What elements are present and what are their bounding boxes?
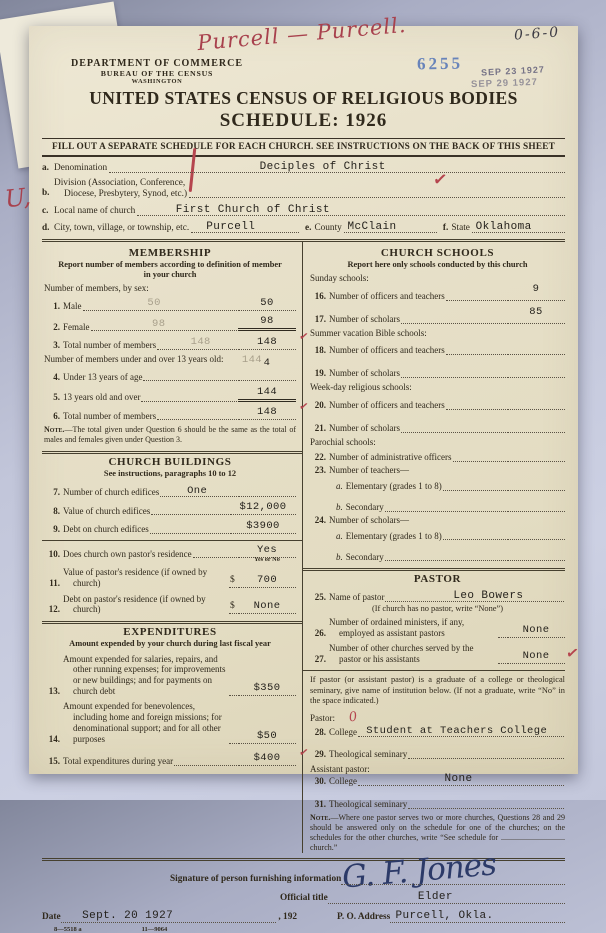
q18-answer (507, 342, 565, 355)
q15-answer: $400✓ (238, 753, 296, 766)
q19-number: 19. (310, 368, 329, 379)
q4-answer: 4 (238, 368, 296, 381)
q26-answer: None (507, 625, 565, 638)
q24b-label: Secondary (346, 552, 384, 563)
date-stamp-sep-23: SEP 23 1927 (481, 64, 545, 77)
q4-under13-row: 4. Under 13 years of age 4 (44, 368, 296, 382)
sunday-schools-group: Sunday schools: (310, 273, 565, 283)
q21-number: 21. (310, 423, 329, 434)
q25-value: Leo Bowers (453, 590, 523, 603)
q21-label: Number of scholars (329, 423, 400, 434)
q9-debt-row: 9. Debt on church edifices $3900 (44, 521, 296, 535)
membership-subheading: Report number of members according to de… (58, 260, 283, 280)
agency-block: DEPARTMENT OF COMMERCE BUREAU OF THE CEN… (42, 58, 272, 86)
q30-number: 30. (310, 776, 329, 787)
dotted-leader (143, 369, 237, 381)
q27-number: 27. (310, 654, 329, 665)
letter-c: c. (42, 206, 54, 217)
section-divider (42, 621, 302, 624)
county-label: County (314, 223, 343, 234)
q26-number: 26. (310, 628, 329, 639)
pastor-label-line: Pastor:0 (310, 710, 565, 725)
right-column: CHURCH SCHOOLS Report here only schools … (302, 242, 565, 800)
q15-number: 15. (44, 756, 63, 767)
q19-row: 19. Number of scholars (310, 365, 565, 379)
q20-label: Number of officers and teachers (329, 400, 445, 411)
q9-answer: $3900 (230, 521, 296, 534)
q10-residence-row: 10. Does church own pastor's residence Y… (44, 545, 296, 559)
q24a-letter: a. (336, 531, 346, 542)
dotted-line: Oklahoma (472, 220, 565, 233)
church-schools-subheading: Report here only schools conducted by th… (310, 260, 565, 270)
q6-label: Total number of members (63, 411, 156, 422)
form-title: UNITED STATES CENSUS OF RELIGIOUS BODIES (42, 88, 565, 109)
q2-label: Female (63, 322, 90, 333)
q11-label: Value of pastor's residence (if owned by… (63, 567, 228, 589)
dotted-leader (443, 479, 506, 491)
letter-f: f. (437, 223, 451, 234)
q8-number: 8. (44, 506, 63, 517)
q19-answer (507, 365, 565, 378)
q27-answer: None✓ (507, 651, 565, 664)
dotted-line: Purcell (191, 220, 299, 233)
q14-answer: $50 (238, 731, 296, 744)
denomination-label: Denomination (54, 163, 109, 174)
q7-answer (238, 484, 296, 497)
church-schools-heading: CHURCH SCHOOLS (310, 247, 565, 259)
q8-answer: $12,000 (230, 502, 296, 515)
q23-label: Number of teachers— (329, 465, 409, 476)
q1-ghost-value: 50 (147, 297, 160, 310)
q21-answer (507, 420, 565, 433)
church-buildings-subheading: See instructions, paragraphs 10 to 12 (44, 469, 296, 479)
city-value: Purcell (206, 221, 255, 234)
q24b-row: b. Secondary (310, 548, 565, 562)
field-denomination: a. Denomination Deciples of Christ (42, 160, 565, 174)
q2-number: 2. (44, 322, 63, 333)
group2-ghost-value: 144 (242, 354, 262, 366)
section-divider (303, 568, 565, 571)
q10-number: 10. (44, 549, 63, 560)
dotted-line: McClain (344, 220, 437, 233)
q23a-row: a. Elementary (grades 1 to 8) (310, 478, 565, 492)
dotted-leader (408, 747, 564, 759)
dotted-leader (193, 546, 237, 558)
q23a-label: Elementary (grades 1 to 8) (346, 481, 442, 492)
q24a-label: Elementary (grades 1 to 8) (346, 531, 442, 542)
field-city-county-state: d. City, town, village, or township, etc… (42, 220, 565, 234)
q5-over13-row: 5. 13 years old and over 144 (44, 387, 296, 403)
q13-number: 13. (44, 686, 63, 697)
q10-answer: YesYes or No (238, 545, 296, 558)
dotted-leader (446, 398, 506, 410)
q14-number: 14. (44, 734, 63, 745)
dotted-line: Deciples of Christ (109, 160, 565, 173)
expenditures-subheading: Amount expended by your church during la… (44, 639, 296, 649)
state-label: State (451, 223, 472, 234)
q18-row: 18. Number of officers and teachers (310, 342, 565, 356)
dotted-leader: Student at Teachers College (358, 725, 564, 737)
graduate-note: If pastor (or assistant pastor) is a gra… (310, 675, 565, 707)
letter-a: a. (42, 163, 54, 174)
q28-value: Student at Teachers College (366, 725, 547, 738)
q30-value: None (445, 773, 473, 786)
q14-label: Amount expended for benevolences, includ… (63, 701, 228, 744)
dotted-leader: 50 (83, 299, 238, 311)
q25-number: 25. (310, 592, 329, 603)
dotted-leader (229, 684, 237, 696)
sub-divider (303, 670, 565, 671)
bible-schools-group: Summer vacation Bible schools: (310, 328, 565, 338)
instruction-banner: FILL OUT A SEPARATE SCHEDULE FOR EACH CH… (42, 138, 565, 157)
q25-note: (If church has no pastor, write “None”) (310, 604, 565, 613)
q28-label: College (329, 727, 357, 738)
county-value: McClain (348, 221, 397, 234)
q23a-answer (507, 478, 565, 491)
dotted-leader (443, 528, 506, 540)
expenditures-heading: EXPENDITURES (44, 626, 296, 638)
q12-residence-debt-row: 12. Debt on pastor's residence (if owned… (44, 594, 296, 616)
q17-number: 17. (310, 314, 329, 325)
q16-answer: 9 (507, 288, 565, 301)
dotted-leader (151, 503, 229, 515)
red-zero-mark: 0 (348, 709, 358, 725)
q25-row: 25. Name of pastor Leo Bowers (310, 590, 565, 603)
q3-ghost-value: 148 (191, 336, 211, 349)
church-buildings-heading: CHURCH BUILDINGS (44, 456, 296, 468)
q14-benevolences-row: 14. Amount expended for benevolences, in… (44, 701, 296, 744)
form-subtitle: SCHEDULE: 1926 (42, 110, 565, 132)
red-margin-mark: U, (4, 183, 32, 214)
q2-ghost-value: 98 (152, 318, 165, 331)
membership-group1: Number of members, by sex: (44, 283, 296, 293)
q23b-row: b. Secondary (310, 499, 565, 513)
q11-residence-value-row: 11. Value of pastor's residence (if owne… (44, 567, 296, 589)
q13-expenses-row: 13. Amount expended for salaries, repair… (44, 654, 296, 697)
q15-label: Total expenditures during year (63, 756, 173, 767)
dotted-line: First Church of Christ (137, 203, 565, 216)
q3-answer: 148✓ (238, 337, 296, 350)
q24a-row: a. Elementary (grades 1 to 8) (310, 527, 565, 541)
q12-number: 12. (44, 604, 63, 615)
q29-label: Theological seminary (329, 749, 407, 760)
handwritten-code: 0-6-0 (513, 24, 560, 43)
dotted-leader (408, 797, 564, 800)
q4-number: 4. (44, 372, 63, 383)
q23b-letter: b. (336, 502, 346, 513)
state-value: Oklahoma (476, 221, 532, 234)
q24b-letter: b. (336, 552, 346, 563)
q24a-answer (507, 527, 565, 540)
q12-answer: $None (238, 601, 296, 614)
q20-row: 20. Number of officers and teachers (310, 397, 565, 411)
dotted-leader (385, 549, 506, 561)
q9-label: Debt on church edifices (63, 524, 149, 535)
q20-number: 20. (310, 400, 329, 411)
q20-answer (507, 397, 565, 410)
dotted-leader (385, 500, 506, 512)
dotted-leader (446, 289, 506, 301)
dotted-leader (141, 390, 237, 402)
dotted-line (189, 185, 565, 198)
q5-answer: 144 (238, 387, 296, 402)
letter-e: e. (299, 223, 314, 234)
note-text: —The total given under Question 6 should… (44, 425, 296, 444)
department-line: DEPARTMENT OF COMMERCE (42, 58, 272, 70)
dotted-leader (401, 366, 506, 378)
q27-row: 27. Number of other churches served by t… (310, 643, 565, 665)
city-label: City, town, village, or township, etc. (54, 223, 191, 234)
left-column: MEMBERSHIP Report number of members acco… (42, 242, 302, 800)
q2-female-row: 2. Female 98 98 (44, 316, 296, 332)
q18-number: 18. (310, 345, 329, 356)
dotted-leader (498, 626, 506, 638)
q8-value-row: 8. Value of church edifices $12,000 (44, 502, 296, 516)
q7-edifices-row: 7. Number of church edifices One (44, 484, 296, 498)
note-lead: Note. (44, 425, 64, 434)
q24-label: Number of scholars— (329, 515, 409, 526)
dotted-leader (174, 754, 237, 766)
q3-number: 3. (44, 340, 63, 351)
sub-divider (42, 540, 302, 541)
q4-label: Under 13 years of age (63, 372, 142, 383)
q24-row: 24. Number of scholars— (310, 515, 565, 526)
q29-number: 29. (310, 749, 329, 760)
q16-row: 16. Number of officers and teachers 9 (310, 288, 565, 302)
q23b-answer (507, 499, 565, 512)
q10-label: Does church own pastor's residence (63, 549, 192, 560)
form-body-columns: MEMBERSHIP Report number of members acco… (42, 239, 565, 800)
q9-number: 9. (44, 524, 63, 535)
assistant-pastor-label: Assistant pastor: (310, 764, 565, 774)
red-check-q15: ✓ (298, 746, 309, 761)
city-line: WASHINGTON (42, 78, 272, 85)
q3-total-row: 3. Total number of members 148 148✓ (44, 337, 296, 351)
bureau-line: BUREAU OF THE CENSUS (42, 70, 272, 79)
q17-answer: 85 (507, 311, 565, 324)
q18-label: Number of officers and teachers (329, 345, 445, 356)
q5-label: 13 years old and over (63, 392, 140, 403)
q6-total-row: 6. Total number of members 148✓ (44, 407, 296, 421)
dotted-leader: One (160, 485, 237, 497)
dotted-leader: 98 (91, 319, 238, 331)
q1-male-row: 1. Male 50 50 (44, 298, 296, 312)
q15-total-row: 15. Total expenditures during year $400✓ (44, 753, 296, 767)
dotted-leader (453, 450, 506, 462)
q17-row: 17. Number of scholars 85 (310, 311, 565, 325)
date-stamp-sep-29: SEP 29 1927 (471, 77, 538, 90)
dotted-leader: None (358, 774, 564, 786)
field-local-name: c. Local name of church First Church of … (42, 203, 565, 217)
q22-label: Number of administrative officers (329, 452, 452, 463)
q24b-answer (507, 548, 565, 561)
q22-number: 22. (310, 452, 329, 463)
dotted-leader: 148 (157, 338, 237, 350)
q23-number: 23. (310, 465, 329, 476)
section-divider (42, 451, 302, 454)
q22-answer (507, 449, 565, 462)
q19-label: Number of scholars (329, 368, 400, 379)
letter-d: d. (42, 223, 54, 234)
q16-label: Number of officers and teachers (329, 291, 445, 302)
q23-row: 23. Number of teachers— (310, 465, 565, 476)
membership-note: Note.—The total given under Question 6 s… (44, 425, 296, 445)
q30-row: 30. College None (310, 774, 565, 787)
parochial-schools-group: Parochial schools: (310, 437, 565, 447)
division-label-line2: Diocese, Presbytery, Synod, etc.) (54, 189, 187, 199)
membership-heading: MEMBERSHIP (44, 247, 296, 259)
dollar-sign: $ (230, 601, 235, 612)
q13-label: Amount expended for salaries, repairs, a… (63, 654, 228, 697)
q25-label: Name of pastor (329, 592, 384, 603)
q2-answer: 98 (238, 316, 296, 331)
q6-answer: 148✓ (238, 407, 296, 420)
q31-row: 31. Theological seminary (310, 797, 565, 800)
dotted-leader (150, 522, 229, 534)
q11-answer: $700 (238, 575, 296, 588)
q8-label: Value of church edifices (63, 506, 150, 517)
q3-label: Total number of members (63, 340, 156, 351)
q30-label: College (329, 776, 357, 787)
q11-number: 11. (44, 578, 63, 589)
q12-label: Debt on pastor's residence (if owned by … (63, 594, 228, 616)
q7-number: 7. (44, 487, 63, 498)
q21-row: 21. Number of scholars (310, 420, 565, 434)
dotted-leader: Leo Bowers (385, 590, 564, 602)
dotted-leader (401, 312, 506, 324)
dotted-leader (229, 732, 237, 744)
weekday-schools-group: Week-day religious schools: (310, 382, 565, 392)
denomination-value: Deciples of Christ (260, 161, 386, 174)
q26-label: Number of ordained ministers, if any, em… (329, 617, 497, 639)
census-schedule-form: Purcell — Purcell. 0-6-0 6255 SEP 23 192… (29, 26, 578, 774)
q5-number: 5. (44, 392, 63, 403)
q26-row: 26. Number of ordained ministers, if any… (310, 617, 565, 639)
red-check-q3: ✓ (298, 330, 309, 345)
q28-number: 28. (310, 727, 329, 738)
q13-answer: $350 (238, 683, 296, 696)
q29-row: 29. Theological seminary (310, 747, 565, 760)
dollar-sign: $ (230, 575, 235, 586)
q17-label: Number of scholars (329, 314, 400, 325)
q1-answer: 50 (238, 298, 296, 311)
division-label-line1: Division (Association, Conference, (54, 178, 185, 188)
dotted-leader (401, 421, 506, 433)
dotted-leader (498, 652, 506, 664)
dotted-leader (446, 343, 506, 355)
q23a-letter: a. (336, 481, 346, 492)
division-label: Division (Association, Conference,Dioces… (54, 178, 189, 199)
q27-label: Number of other churches served by the p… (329, 643, 497, 665)
local-name-label: Local name of church (54, 206, 137, 217)
letter-b: b. (42, 188, 54, 199)
serial-number-stamp: 6255 (417, 54, 463, 75)
q1-number: 1. (44, 301, 63, 312)
q23b-label: Secondary (346, 502, 384, 513)
q1-label: Male (63, 301, 82, 312)
q28-row: 28. College Student at Teachers College (310, 725, 565, 738)
pastor-heading: PASTOR (310, 573, 565, 585)
red-handwritten-annotation: Purcell — Purcell. (196, 13, 407, 55)
membership-group2: Number of members under and over 13 year… (44, 354, 296, 364)
q22-row: 22. Number of administrative officers (310, 449, 565, 463)
q7-label: Number of church edifices (63, 487, 159, 498)
q16-number: 16. (310, 291, 329, 302)
local-name-value: First Church of Christ (176, 204, 330, 217)
q24-number: 24. (310, 515, 329, 526)
q7-value: One (187, 485, 207, 498)
field-division: b. Division (Association, Conference,Dio… (42, 178, 565, 199)
yes-or-no-hint: Yes or No (238, 556, 296, 564)
red-check-q27: ✓ (565, 644, 581, 664)
q6-number: 6. (44, 411, 63, 422)
dotted-leader (157, 408, 237, 420)
